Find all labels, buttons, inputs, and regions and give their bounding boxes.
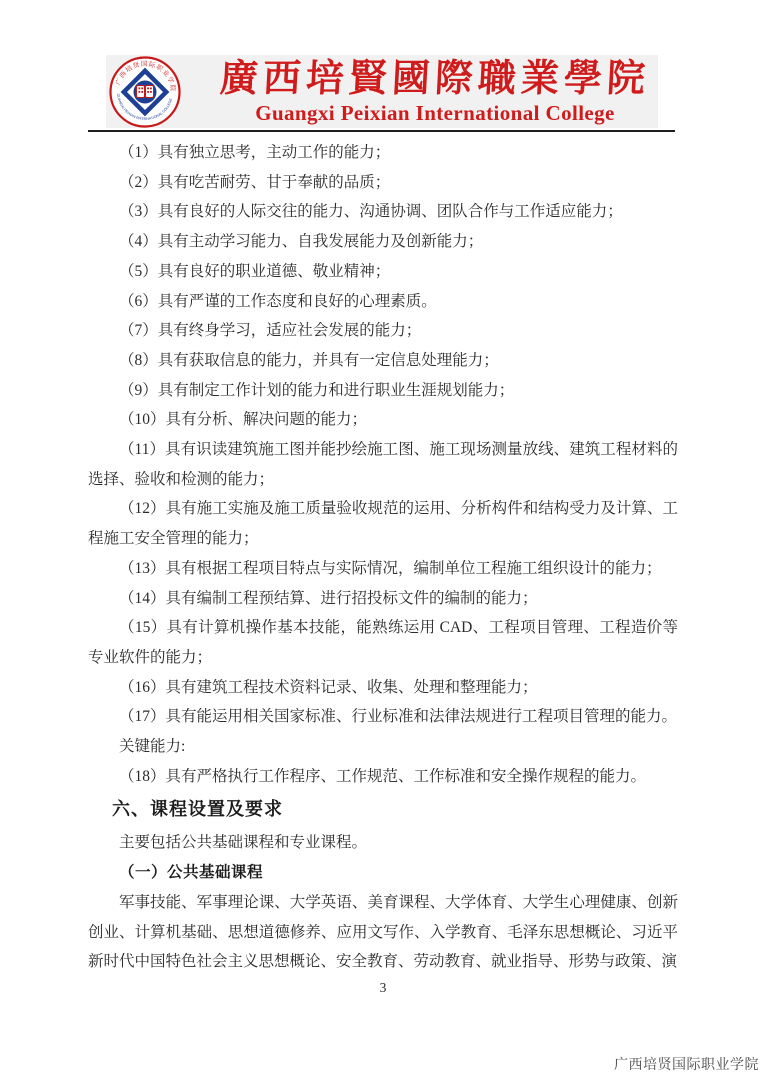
book-icon — [137, 86, 154, 98]
paragraph-para: 主要包括公共基础课程和专业课程。 — [88, 828, 678, 858]
paragraph-item: （3）具有良好的人际交往的能力、沟通协调、团队合作与工作适应能力； — [88, 197, 678, 227]
paragraph-item: （11）具有识读建筑施工图并能抄绘施工图、施工现场测量放线、建筑工程材料的选择、… — [88, 435, 678, 494]
college-name-chinese: 廣西培賢國際職業學院 — [211, 55, 659, 101]
watermark-college-name: 广西培贤国际职业学院 — [614, 1054, 759, 1074]
paragraph-heading1: 六、课程设置及要求 — [88, 791, 678, 828]
paragraph-item: （1）具有独立思考，主动工作的能力； — [88, 138, 678, 168]
paragraph-item: （7）具有终身学习，适应社会发展的能力； — [88, 316, 678, 346]
paragraph-item: （5）具有良好的职业道德、敬业精神； — [88, 257, 678, 287]
header-banner: 广西培贤国际职业学院 GUANGXI PEIXIAN INTERNATIONAL… — [106, 55, 658, 128]
paragraph-label: 关键能力: — [88, 732, 678, 762]
paragraph-item: （12）具有施工实施及施工质量验收规范的运用、分析构件和结构受力及计算、工程施工… — [88, 494, 678, 553]
paragraph-item: （17）具有能运用相关国家标准、行业标准和法律法规进行工程项目管理的能力。 — [88, 702, 678, 732]
paragraph-item: （14）具有编制工程预结算、进行招投标文件的编制的能力； — [88, 584, 678, 614]
college-name-english: Guangxi Peixian International College — [212, 101, 658, 125]
paragraph-item: （2）具有吃苦耐劳、甘于奉献的品质； — [88, 168, 678, 198]
paragraph-item: （10）具有分析、解决问题的能力； — [88, 405, 678, 435]
paragraph-item: （18）具有严格执行工作程序、工作规范、工作标准和安全操作规程的能力。 — [88, 762, 678, 792]
paragraph-item: （9）具有制定工作计划的能力和进行职业生涯规划能力； — [88, 376, 678, 406]
college-seal-icon: 广西培贤国际职业学院 GUANGXI PEIXIAN INTERNATIONAL… — [109, 56, 181, 128]
paragraph-item: （8）具有获取信息的能力，并具有一定信息处理能力； — [88, 346, 678, 376]
paragraph-para: 军事技能、军事理论课、大学英语、美育课程、大学体育、大学生心理健康、创新创业、计… — [88, 888, 678, 977]
header-divider-line — [88, 130, 675, 132]
document-page: 广西培贤国际职业学院 GUANGXI PEIXIAN INTERNATIONAL… — [0, 0, 764, 1080]
paragraph-heading2: （一）公共基础课程 — [88, 858, 678, 888]
college-seal-logo: 广西培贤国际职业学院 GUANGXI PEIXIAN INTERNATIONAL… — [109, 56, 181, 128]
paragraph-item: （6）具有严谨的工作态度和良好的心理素质。 — [88, 287, 678, 317]
paragraph-item: （13）具有根据工程项目特点与实际情况，编制单位工程施工组织设计的能力； — [88, 554, 678, 584]
paragraph-item: （15）具有计算机操作基本技能，能熟练运用 CAD、工程项目管理、工程造价等专业… — [88, 613, 678, 672]
header-titles: 廣西培賢國際職業學院 Guangxi Peixian International… — [212, 55, 658, 128]
document-body: （1）具有独立思考，主动工作的能力；（2）具有吃苦耐劳、甘于奉献的品质；（3）具… — [88, 138, 678, 977]
paragraph-item: （16）具有建筑工程技术资料记录、收集、处理和整理能力； — [88, 673, 678, 703]
paragraph-item: （4）具有主动学习能力、自我发展能力及创新能力； — [88, 227, 678, 257]
page-number: 3 — [88, 980, 678, 996]
